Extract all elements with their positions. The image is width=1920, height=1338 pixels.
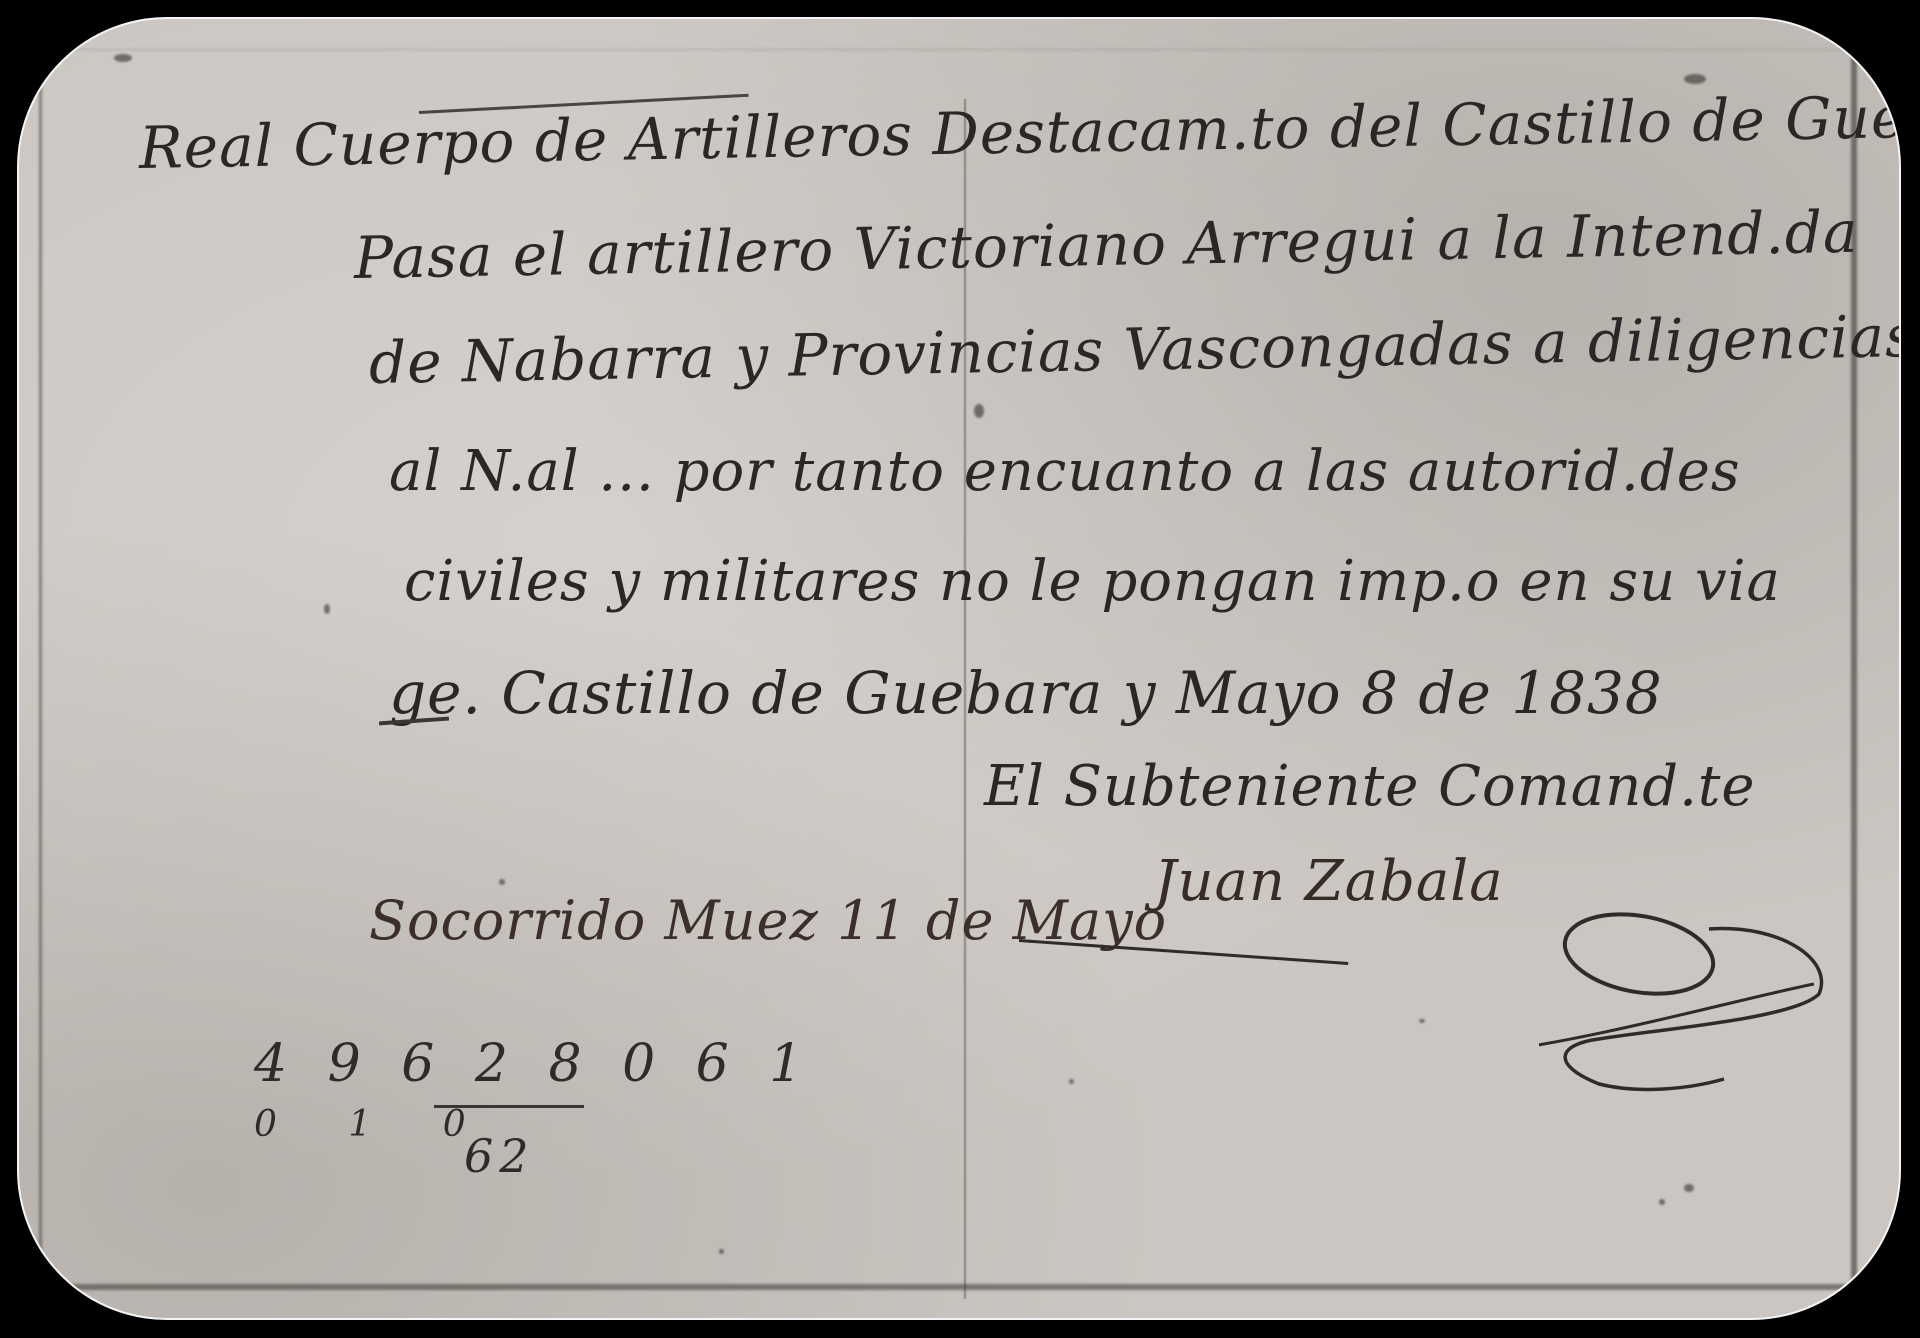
- calculation-bottom-small: 0 1 0: [254, 1104, 496, 1145]
- calculation-top: 4 9 6 2 8 0 6 1: [254, 1034, 814, 1094]
- handwritten-line-5: civiles y militares no le pongan imp.o e…: [404, 549, 1781, 614]
- speckle: [1419, 1019, 1425, 1023]
- speckle: [1659, 1199, 1665, 1205]
- speckle: [1069, 1079, 1074, 1084]
- signature-flourish-icon: [1539, 899, 1839, 1099]
- speckle: [324, 604, 330, 614]
- speckle: [1684, 1184, 1694, 1192]
- signatory-title: El Subteniente Comand.te: [984, 754, 1756, 819]
- speckle: [974, 404, 984, 418]
- speckle: [1684, 74, 1706, 84]
- place-date-line: ge. Castillo de Guebara y Mayo 8 de 1838: [389, 659, 1663, 727]
- handwritten-line-4: al N.al ... por tanto encuanto a las aut…: [389, 439, 1741, 504]
- signatory-name: Juan Zabala: [1154, 849, 1504, 914]
- calculation-result: 62: [464, 1129, 535, 1183]
- speckle: [114, 54, 132, 62]
- document-photo: Real Cuerpo de Artilleros Destacam.to de…: [17, 17, 1901, 1320]
- speckle: [499, 879, 505, 885]
- speckle: [719, 1249, 724, 1254]
